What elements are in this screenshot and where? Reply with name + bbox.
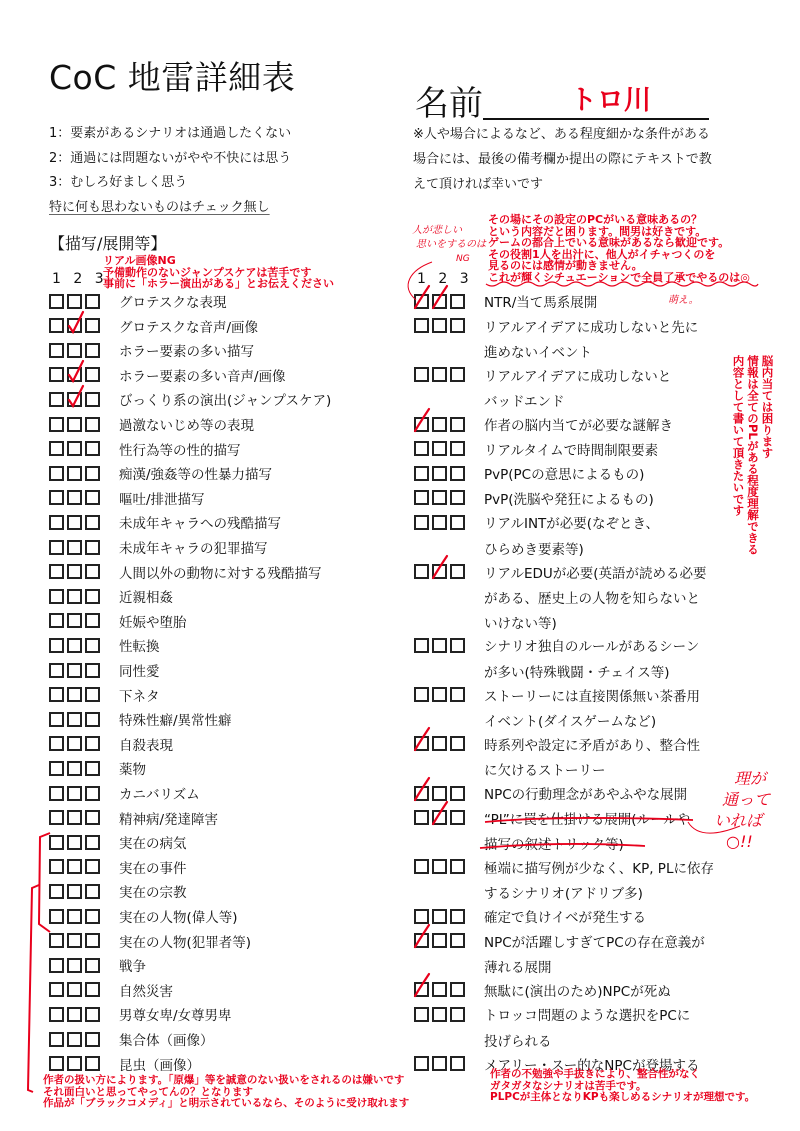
checkbox-3[interactable] (85, 958, 100, 973)
check-mark-icon (66, 382, 86, 408)
item-label: リアルINTが必要(なぞとき、 (484, 512, 659, 532)
legend-item-1: 1：要素があるシナリオは通過したくない (49, 122, 291, 147)
item-label: グロテスクな表現 (119, 291, 226, 311)
checklist-row: 近親相姦 (49, 585, 173, 607)
checkbox-3[interactable] (450, 982, 465, 997)
checkbox-3[interactable] (450, 933, 465, 948)
item-label: 嘔吐/排泄描写 (119, 488, 205, 508)
item-label: PvP(PCの意思によるもの) (484, 463, 644, 483)
checkbox-1[interactable] (49, 884, 64, 899)
rating-checkboxes (49, 466, 115, 481)
checkbox-3[interactable] (450, 810, 465, 825)
checklist-row: 同性愛 (49, 659, 160, 681)
checkbox-1[interactable] (49, 810, 64, 825)
checklist-row: カニバリズム (49, 782, 200, 804)
annotation-line: 見るのには感情が動きません。 (488, 260, 750, 272)
rating-checkboxes (49, 663, 115, 678)
item-label: 実在の事件 (119, 857, 187, 877)
left-column-header: 1 2 3 (52, 271, 108, 287)
checkbox-2[interactable] (432, 786, 447, 801)
checkbox-2[interactable] (67, 392, 82, 407)
checkbox-1[interactable] (49, 761, 64, 776)
checkbox-2[interactable] (67, 663, 82, 678)
item-label: 特殊性癖/異常性癖 (119, 709, 232, 729)
checkbox-2[interactable] (67, 441, 82, 456)
checklist-row: 未成年キャラへの残酷描写 (49, 511, 281, 533)
checkbox-3[interactable] (85, 859, 100, 874)
checklist-row: 痴漢/強姦等の性暴力描写 (49, 462, 272, 484)
checkbox-3[interactable] (85, 466, 100, 481)
checkbox-1[interactable] (49, 835, 64, 850)
checkbox-3[interactable] (450, 417, 465, 432)
checkbox-2[interactable] (432, 564, 447, 579)
item-label: 精神病/発達障害 (119, 808, 218, 828)
item-label: 実在の人物(偉人等) (119, 906, 238, 926)
checkbox-3[interactable] (450, 909, 465, 924)
item-label: 過激ないじめ等の表現 (119, 414, 254, 434)
item-label-continuation: 薄れる展開 (484, 956, 552, 976)
rating-checkboxes (49, 613, 115, 628)
rating-checkboxes (414, 933, 480, 948)
checkbox-1[interactable] (49, 613, 64, 628)
checklist-row: PvP(洗脳や発狂によるもの) (414, 487, 654, 509)
annotation-line: 作者の扱い方によります。「原爆」等を誠意のない扱いをされるのは嫌いです (43, 1075, 409, 1087)
checkbox-1[interactable] (49, 490, 64, 505)
item-label-continuation: いけない等) (484, 612, 557, 632)
annotation-line: 内容として書いて頂きたいです (732, 355, 745, 555)
checklist-row: 実在の人物(犯罪者等) (49, 930, 251, 952)
checkbox-2[interactable] (67, 687, 82, 702)
item-label: カニバリズム (119, 783, 200, 803)
hand-line: NG (456, 252, 486, 266)
checklist-row: 集合体（画像） (49, 1028, 214, 1050)
item-label: ストーリーには直接関係無い茶番用 (484, 685, 700, 705)
note-line: 場合には、最後の備考欄か提出の際にテキストで教 (413, 147, 712, 172)
checkbox-3[interactable] (85, 343, 100, 358)
checkbox-2[interactable] (432, 466, 447, 481)
checkbox-1[interactable] (414, 564, 429, 579)
rating-checkboxes (414, 441, 480, 456)
checkbox-2[interactable] (432, 687, 447, 702)
rating-checkboxes (49, 933, 115, 948)
checklist-row: 実在の人物(偉人等) (49, 905, 238, 927)
item-label: 自殺表現 (119, 734, 173, 754)
checkbox-2[interactable] (67, 884, 82, 899)
item-label: NPCが活躍しすぎてPCの存在意義が (484, 931, 705, 951)
checkbox-2[interactable] (67, 417, 82, 432)
annotation-bottom-right: 作者の不勉強や手抜きにより、整合性がなく ガタガタなシナリオは苦手です。 PLP… (490, 1069, 755, 1104)
checklist-row: シナリオ独自のルールがあるシーン (414, 634, 699, 656)
checklist-row: リアルアイデアに成功しないと (414, 364, 671, 386)
checkbox-3[interactable] (85, 1056, 100, 1071)
item-label: PvP(洗脳や発狂によるもの) (484, 488, 654, 508)
rating-checkboxes (414, 859, 480, 874)
checkbox-2[interactable] (432, 638, 447, 653)
hand-line: 理が (734, 768, 770, 789)
handwritten-moe-note: 萌え。 (668, 291, 699, 306)
item-label-continuation: 進めないイベント (484, 341, 592, 361)
checkbox-1[interactable] (49, 958, 64, 973)
checkbox-1[interactable] (414, 294, 429, 309)
checkbox-2[interactable] (67, 810, 82, 825)
checkbox-2[interactable] (67, 367, 82, 382)
checkbox-3[interactable] (85, 589, 100, 604)
name-label: 名前 (415, 84, 483, 124)
checklist-row: リアルEDUが必要(英語が読める必要 (414, 561, 707, 583)
checkbox-2[interactable] (432, 933, 447, 948)
item-label-continuation: ひらめき要素等) (484, 538, 584, 558)
checkbox-1[interactable] (49, 1032, 64, 1047)
item-label-continuation: がある、歴史上の人物を知らないと (484, 587, 700, 607)
hand-line: いれば (714, 810, 770, 831)
checkbox-2[interactable] (432, 810, 447, 825)
rating-checkboxes (49, 736, 115, 751)
section-title: 【描写/展開等】 (49, 231, 166, 254)
annotation-line: PLPCが主体となりKPも楽しめるシナリオが理想です。 (490, 1092, 755, 1104)
checkbox-3[interactable] (450, 318, 465, 333)
checkbox-2[interactable] (67, 835, 82, 850)
checkbox-1[interactable] (49, 392, 64, 407)
checkbox-3[interactable] (450, 466, 465, 481)
checklist-row: トロッコ問題のような選択をPCに (414, 1003, 690, 1025)
checkbox-3[interactable] (85, 294, 100, 309)
checkbox-2[interactable] (67, 1056, 82, 1071)
checkbox-1[interactable] (414, 982, 429, 997)
annotation-line: リアル画像NG (103, 255, 334, 267)
rating-checkboxes (49, 958, 115, 973)
checkbox-1[interactable] (49, 466, 64, 481)
item-label: 実在の人物(犯罪者等) (119, 931, 251, 951)
checkbox-1[interactable] (49, 564, 64, 579)
checkbox-3[interactable] (450, 736, 465, 751)
rating-checkboxes (49, 810, 115, 825)
checklist-row: ストーリーには直接関係無い茶番用 (414, 684, 700, 706)
item-label: 自然災害 (119, 980, 173, 1000)
checkbox-1[interactable] (49, 367, 64, 382)
item-label: 時系列や設定に矛盾があり、整合性 (484, 734, 700, 754)
checkbox-1[interactable] (414, 466, 429, 481)
checkbox-3[interactable] (85, 318, 100, 333)
checklist-row: 妊娠や堕胎 (49, 610, 187, 632)
checkbox-1[interactable] (49, 736, 64, 751)
checkbox-3[interactable] (85, 1007, 100, 1022)
checkbox-3[interactable] (85, 638, 100, 653)
checkbox-3[interactable] (85, 367, 100, 382)
checkbox-2[interactable] (432, 294, 447, 309)
checkbox-3[interactable] (450, 294, 465, 309)
rating-checkboxes (414, 786, 480, 801)
checkbox-2[interactable] (432, 417, 447, 432)
checklist-row: リアルINTが必要(なぞとき、 (414, 511, 659, 533)
checkbox-2[interactable] (67, 343, 82, 358)
checkbox-3[interactable] (450, 786, 465, 801)
checkbox-3[interactable] (450, 1007, 465, 1022)
checkbox-2[interactable] (67, 786, 82, 801)
checkbox-2[interactable] (432, 982, 447, 997)
checkbox-2[interactable] (67, 712, 82, 727)
checkbox-3[interactable] (450, 564, 465, 579)
checkbox-1[interactable] (49, 540, 64, 555)
rating-checkboxes (49, 884, 115, 899)
item-label: トロッコ問題のような選択をPCに (484, 1004, 690, 1024)
rating-checkboxes (49, 294, 115, 309)
checkbox-2[interactable] (67, 958, 82, 973)
item-label: 性転換 (119, 635, 160, 655)
checkbox-3[interactable] (85, 490, 100, 505)
rating-checkboxes (49, 564, 115, 579)
checkbox-1[interactable] (49, 343, 64, 358)
checkbox-1[interactable] (49, 687, 64, 702)
checkbox-2[interactable] (67, 564, 82, 579)
checklist-row: 時系列や設定に矛盾があり、整合性 (414, 733, 700, 755)
checkbox-3[interactable] (85, 613, 100, 628)
checkbox-1[interactable] (49, 712, 64, 727)
checkbox-3[interactable] (85, 1032, 100, 1047)
rating-checkboxes (49, 490, 115, 505)
checkbox-1[interactable] (414, 490, 429, 505)
checkbox-1[interactable] (49, 441, 64, 456)
checkbox-1[interactable] (414, 515, 429, 530)
item-label: 無駄に(演出のため)NPCが死ぬ (484, 980, 671, 1000)
checklist-row: 薬物 (49, 757, 146, 779)
checkbox-1[interactable] (49, 1007, 64, 1022)
rating-checkboxes (49, 712, 115, 727)
checkbox-1[interactable] (414, 367, 429, 382)
checkbox-3[interactable] (450, 490, 465, 505)
item-label: NTR/当て馬系展開 (484, 291, 597, 311)
checkbox-2[interactable] (67, 761, 82, 776)
item-label: 確定で負けイベが発生する (484, 906, 646, 926)
checkbox-3[interactable] (85, 810, 100, 825)
checkbox-2[interactable] (67, 540, 82, 555)
checklist-row: びっくり系の演出(ジャンプスケア) (49, 388, 331, 410)
checkbox-3[interactable] (85, 982, 100, 997)
checkbox-1[interactable] (49, 638, 64, 653)
rating-checkboxes (414, 982, 480, 997)
item-label: リアルアイデアに成功しないと (484, 365, 671, 385)
checkbox-3[interactable] (85, 441, 100, 456)
checkbox-1[interactable] (414, 909, 429, 924)
checkbox-2[interactable] (432, 318, 447, 333)
checkbox-2[interactable] (432, 736, 447, 751)
checkbox-3[interactable] (85, 761, 100, 776)
checklist-row: 特殊性癖/異常性癖 (49, 708, 232, 730)
annotation-line: 作品が「ブラックコメディ」と明示されているなら、そのように受け取れます (43, 1098, 409, 1110)
rating-checkboxes (49, 1032, 115, 1047)
checkbox-1[interactable] (414, 441, 429, 456)
checkbox-1[interactable] (49, 515, 64, 530)
checkbox-1[interactable] (414, 810, 429, 825)
rating-checkboxes (49, 392, 115, 407)
checkbox-3[interactable] (450, 859, 465, 874)
handwritten-pl-note: 理が 通って いれば ○!! (706, 768, 770, 852)
checkbox-1[interactable] (49, 294, 64, 309)
checkbox-3[interactable] (85, 909, 100, 924)
checkbox-3[interactable] (85, 736, 100, 751)
checkbox-1[interactable] (49, 859, 64, 874)
annotation-line: 情報は全てのPLがある程度理解できる (747, 355, 760, 555)
checkbox-1[interactable] (414, 318, 429, 333)
annotation-line: ゲームの都合上でいる意味があるなら歓迎です。 (488, 237, 750, 249)
checkbox-3[interactable] (85, 786, 100, 801)
check-mark-icon (413, 923, 433, 949)
checkbox-2[interactable] (432, 441, 447, 456)
rating-checkboxes (49, 909, 115, 924)
checklist-row: 過激ないじめ等の表現 (49, 413, 254, 435)
checkbox-2[interactable] (67, 638, 82, 653)
checkbox-2[interactable] (67, 1007, 82, 1022)
item-label: 昆虫（画像） (119, 1054, 200, 1074)
rating-checkboxes (49, 859, 115, 874)
checkbox-1[interactable] (414, 638, 429, 653)
item-label-continuation: するシナリオ(アドリブ多) (484, 882, 643, 902)
checkbox-2[interactable] (67, 1032, 82, 1047)
checkbox-1[interactable] (49, 909, 64, 924)
item-label: 作者の脳内当てが必要な謎解き (484, 414, 673, 434)
checkbox-2[interactable] (67, 589, 82, 604)
legend-item-2: 2：通過には問題ないがやや不快には思う (49, 147, 291, 172)
checkbox-1[interactable] (414, 1007, 429, 1022)
rating-checkboxes (414, 687, 480, 702)
checkbox-3[interactable] (85, 884, 100, 899)
item-label: リアルEDUが必要(英語が読める必要 (484, 562, 707, 582)
checkbox-2[interactable] (432, 1007, 447, 1022)
checklist-row: NPCが活躍しすぎてPCの存在意義が (414, 930, 705, 952)
checkbox-2[interactable] (432, 1056, 447, 1071)
checkbox-2[interactable] (67, 859, 82, 874)
checkbox-3[interactable] (85, 663, 100, 678)
checkbox-1[interactable] (414, 687, 429, 702)
checkbox-1[interactable] (414, 859, 429, 874)
checkbox-1[interactable] (414, 417, 429, 432)
rating-checkboxes (49, 318, 115, 333)
annotation-line: これが輝くシチュエーションで全員了承でやるのは◎ (488, 272, 750, 284)
checkbox-2[interactable] (67, 613, 82, 628)
item-label: 実在の病気 (119, 832, 187, 852)
checkbox-3[interactable] (450, 638, 465, 653)
checkbox-2[interactable] (67, 490, 82, 505)
rating-checkboxes (414, 736, 480, 751)
rating-checkboxes (49, 1056, 115, 1071)
checkbox-3[interactable] (450, 515, 465, 530)
checkbox-2[interactable] (432, 859, 447, 874)
rating-checkboxes (49, 638, 115, 653)
item-label: 人間以外の動物に対する残酷描写 (119, 562, 322, 582)
checklist-row: 男尊女卑/女尊男卑 (49, 1003, 232, 1025)
checkbox-1[interactable] (49, 589, 64, 604)
checkbox-3[interactable] (85, 933, 100, 948)
check-mark-icon (431, 284, 451, 310)
legend-item-3: 3：むしろ好ましく思う (49, 171, 291, 196)
checkbox-2[interactable] (67, 933, 82, 948)
checkbox-1[interactable] (49, 417, 64, 432)
rating-checkboxes (49, 761, 115, 776)
checkbox-2[interactable] (67, 466, 82, 481)
item-label: NPCの行動理念があやふやな展開 (484, 783, 687, 803)
checkbox-1[interactable] (49, 786, 64, 801)
checkbox-3[interactable] (85, 835, 100, 850)
check-mark-icon (66, 308, 86, 334)
name-value[interactable]: トロ川 (570, 78, 651, 117)
checkbox-1[interactable] (414, 1056, 429, 1071)
check-mark-icon (413, 726, 433, 752)
instructions-note: ※人や場合によるなど、ある程度細かな条件がある 場合には、最後の備考欄か提出の際… (413, 122, 712, 197)
checkbox-1[interactable] (414, 786, 429, 801)
checkbox-3[interactable] (450, 1056, 465, 1071)
checkbox-1[interactable] (49, 663, 64, 678)
checkbox-3[interactable] (85, 564, 100, 579)
checkbox-1[interactable] (414, 736, 429, 751)
checkbox-2[interactable] (432, 367, 447, 382)
name-field: 名前 トロ川 (415, 76, 483, 125)
checklist-row: 自殺表現 (49, 733, 173, 755)
checkbox-2[interactable] (67, 982, 82, 997)
checkbox-1[interactable] (414, 933, 429, 948)
rating-checkboxes (49, 1007, 115, 1022)
checklist-row: 未成年キャラの犯罪描写 (49, 536, 268, 558)
checklist-row: 人間以外の動物に対する残酷描写 (49, 561, 322, 583)
checkbox-3[interactable] (85, 540, 100, 555)
checkbox-3[interactable] (85, 712, 100, 727)
checkbox-1[interactable] (49, 1056, 64, 1071)
item-label: 痴漢/強姦等の性暴力描写 (119, 463, 272, 483)
hand-line: ○!! (726, 831, 770, 852)
checklist-row: リアルタイムで時間制限要素 (414, 438, 658, 460)
checklist-row: 実在の宗教 (49, 880, 187, 902)
checkbox-2[interactable] (432, 490, 447, 505)
page-title: CoC 地雷詳細表 (49, 52, 295, 99)
checkbox-2[interactable] (67, 294, 82, 309)
checkbox-3[interactable] (85, 515, 100, 530)
checklist-row: 戦争 (49, 954, 146, 976)
checkbox-3[interactable] (85, 687, 100, 702)
checkbox-3[interactable] (85, 417, 100, 432)
checkbox-1[interactable] (49, 933, 64, 948)
rating-checkboxes (414, 417, 480, 432)
item-label-continuation: イベント(ダイスゲームなど) (484, 710, 656, 730)
item-label-continuation: 投げられる (484, 1030, 552, 1050)
legend-no-check: 特に何も思わないものはチェック無し (49, 196, 291, 221)
checkbox-1[interactable] (49, 318, 64, 333)
checkbox-3[interactable] (85, 392, 100, 407)
checkbox-1[interactable] (49, 982, 64, 997)
checkbox-2[interactable] (432, 909, 447, 924)
rating-checkboxes (414, 564, 480, 579)
checkbox-2[interactable] (67, 736, 82, 751)
annotation-right-top: その場にその設定のPCがいる意味あるの？ という内容だと困ります。間男は好きです… (488, 214, 750, 283)
checkbox-3[interactable] (450, 441, 465, 456)
item-label: ホラー要素の多い描写 (119, 340, 254, 360)
rating-checkboxes (414, 294, 480, 309)
item-label: 未成年キャラの犯罪描写 (119, 537, 268, 557)
item-label: ホラー要素の多い音声/画像 (119, 365, 286, 385)
checkbox-2[interactable] (67, 318, 82, 333)
rating-checkboxes (414, 367, 480, 382)
checkbox-2[interactable] (67, 909, 82, 924)
item-label: 戦争 (119, 955, 146, 975)
item-label: 男尊女卑/女尊男卑 (119, 1004, 232, 1024)
rating-checkboxes (49, 441, 115, 456)
rating-checkboxes (49, 343, 115, 358)
check-mark-icon (413, 776, 433, 802)
checkbox-3[interactable] (450, 687, 465, 702)
checkbox-3[interactable] (450, 367, 465, 382)
checklist-row: NTR/当て馬系展開 (414, 290, 597, 312)
checklist-row: リアルアイデアに成功しないと先に (414, 315, 698, 337)
checkbox-2[interactable] (67, 515, 82, 530)
checklist-row: 精神病/発達障害 (49, 807, 218, 829)
checkbox-2[interactable] (432, 515, 447, 530)
